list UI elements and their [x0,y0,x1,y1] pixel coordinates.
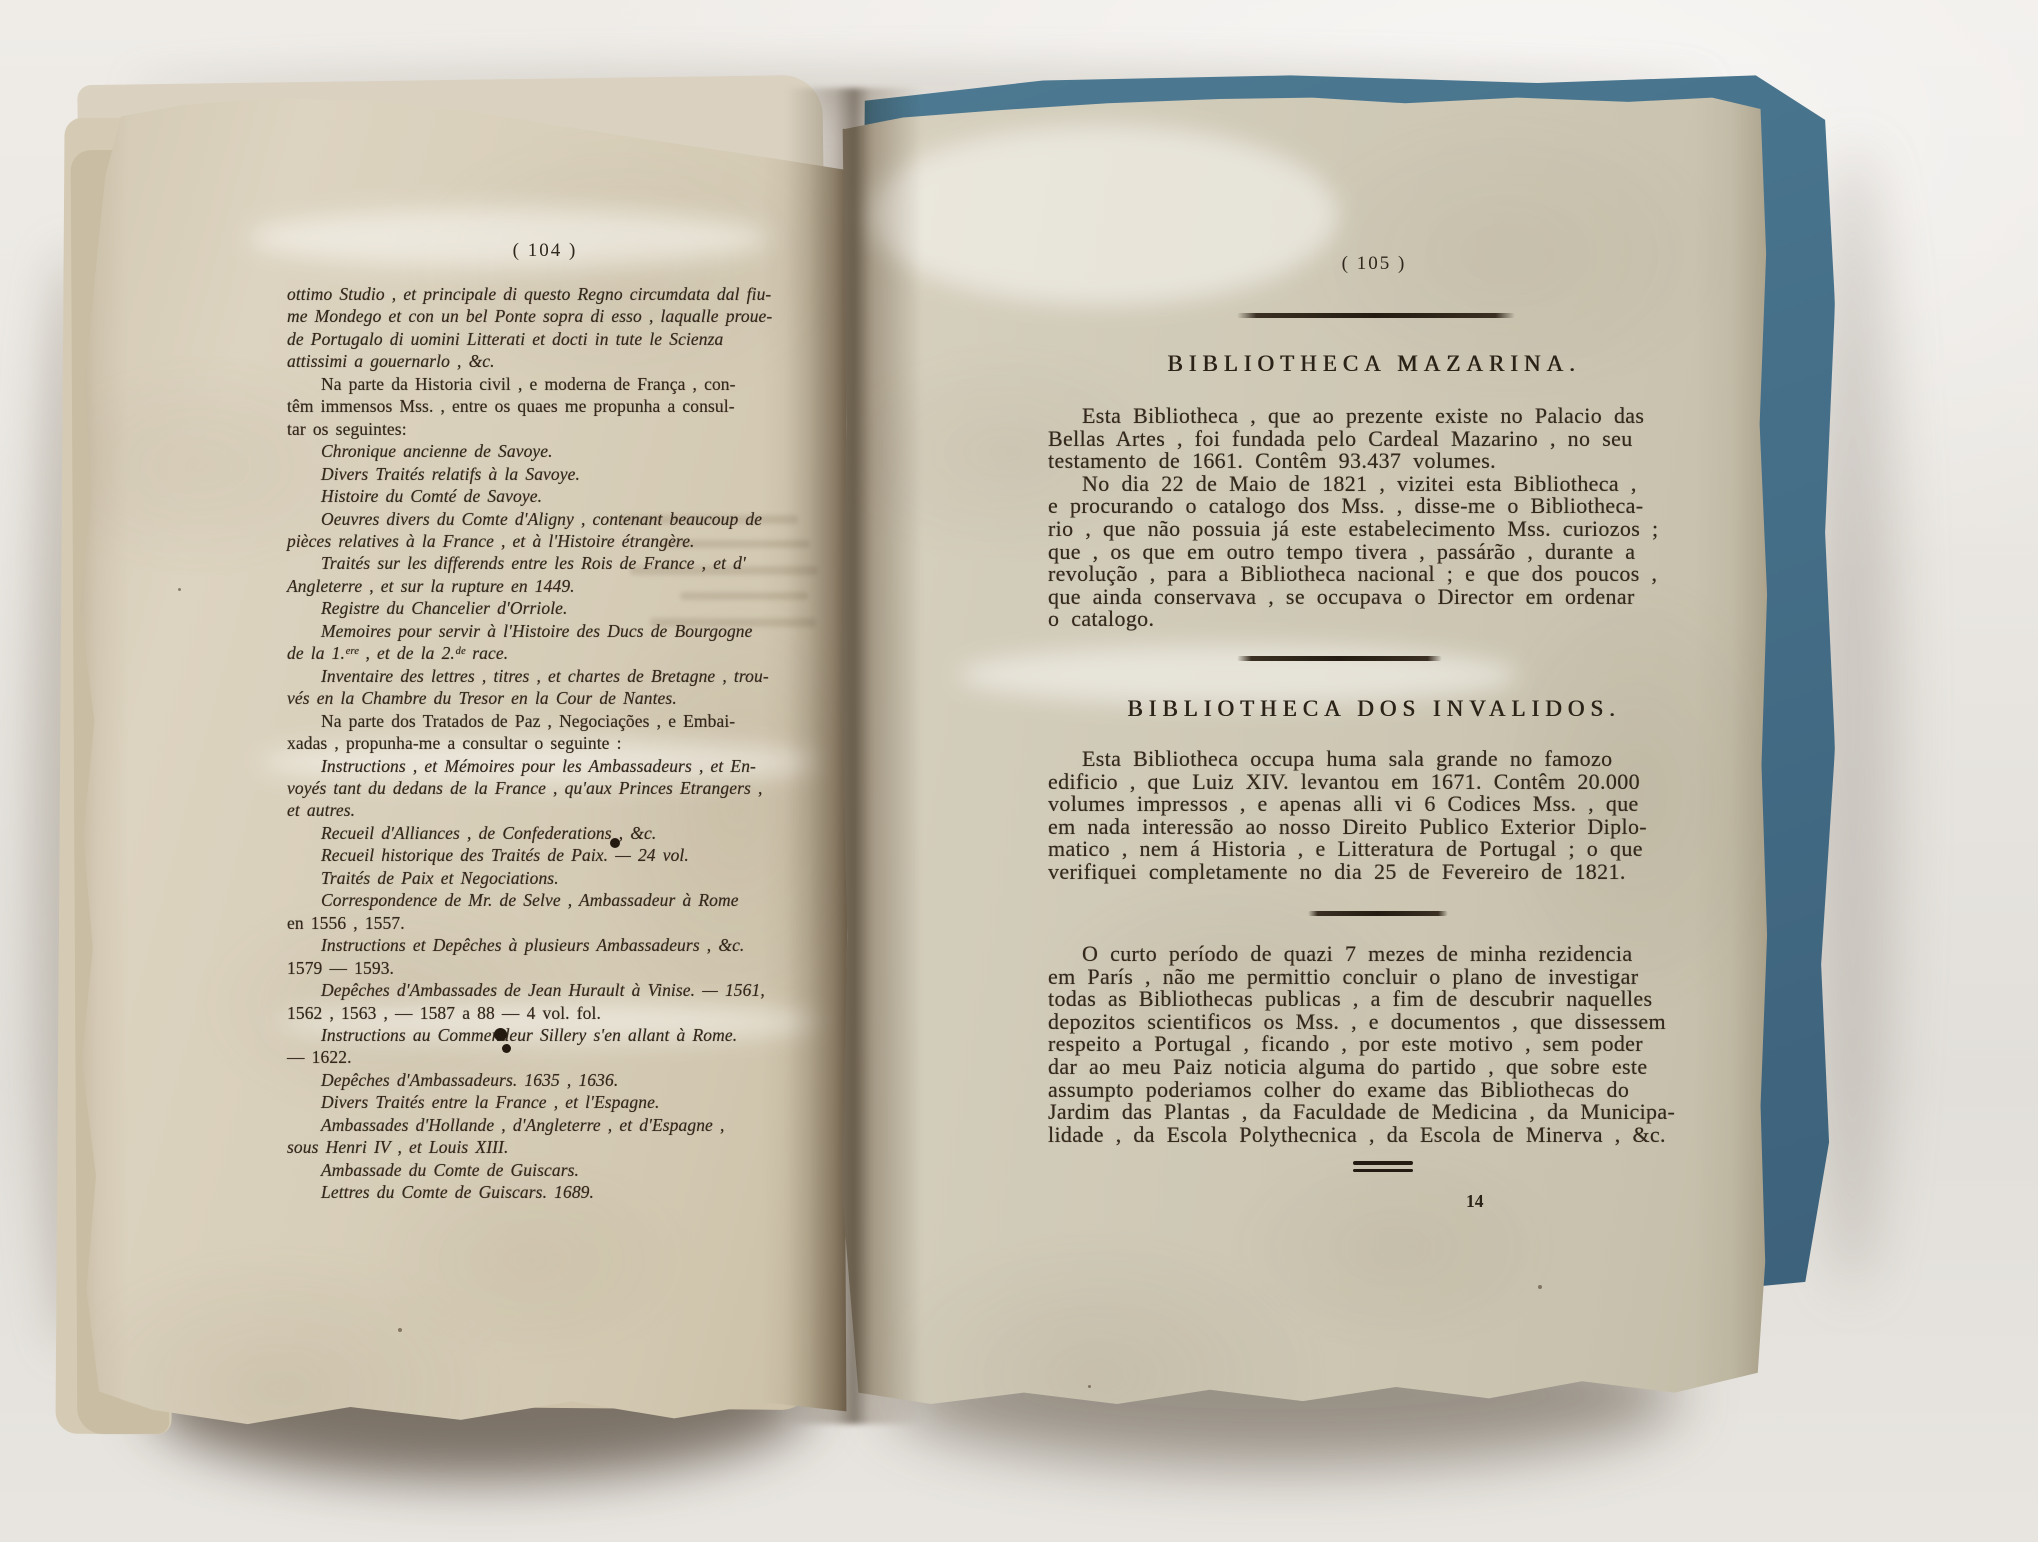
text-line: vés en la Chambre du Tresor en la Cour d… [287,687,803,709]
separator-rule [1237,313,1515,318]
text-line: voyés tant du dedans de la France , qu'a… [287,777,803,799]
book-gutter-shadow [786,88,922,1424]
text-line: Chronique ancienne de Savoye. [287,440,803,462]
text-line: edificio , que Luiz XIV. levantou em 167… [1048,771,1700,794]
left-page: ( 104 ) ottimo Studio , et principale di… [58,68,848,1488]
left-page-text: ottimo Studio , et principale di questo … [287,283,803,1204]
text-line: Lettres du Comte de Guiscars. 1689. [287,1181,803,1203]
text-line: assumpto poderiamos colher do exame das … [1048,1079,1700,1102]
text-line: Depêches d'Ambassadeurs. 1635 , 1636. [287,1069,803,1091]
text-line: et autres. [287,799,803,821]
text-line: Registre du Chancelier d'Orriole. [287,597,803,619]
ink-blot [502,1044,511,1053]
text-line: depozitos scientificos os Mss. , e docum… [1048,1011,1700,1034]
text-line: lidade , da Escola Polythecnica , da Esc… [1048,1124,1700,1147]
text-line: verifiquei completamente no dia 25 de Fe… [1048,861,1700,884]
text-line: Divers Traités entre la France , et l'Es… [287,1091,803,1113]
text-line: Inventaire des lettres , titres , et cha… [287,665,803,687]
text-line: sous Henri IV , et Louis XIII. [287,1136,803,1158]
book-photo: ( 104 ) ottimo Studio , et principale di… [0,0,2038,1542]
text-line: en 1556 , 1557. [287,912,803,934]
text-line: têm immensos Mss. , entre os quaes me pr… [287,395,803,417]
text-line: dar ao meu Paiz noticia alguma do partid… [1048,1056,1700,1079]
text-line: testamento de 1661. Contêm 93.437 volume… [1048,450,1700,473]
text-line: Traités sur les differends entre les Roi… [287,552,803,574]
text-line: pièces relatives à la France , et à l'Hi… [287,530,803,552]
separator-rule [1308,911,1448,916]
text-line: volumes impressos , e apenas alli vi 6 C… [1048,793,1700,816]
text-line: Na parte da Historia civil , e moderna d… [287,373,803,395]
double-rule-bar [1353,1169,1413,1173]
text-line: Divers Traités relatifs à la Savoye. [287,463,803,485]
text-line: 1579 — 1593. [287,957,803,979]
text-line: de la 1.ᵉʳᵉ , et de la 2.ᵈᵉ race. [287,642,803,664]
ink-blot [494,1028,507,1041]
text-line: que , os que em outro tempo tivera , pas… [1048,541,1700,564]
text-line: em nada interessão ao nosso Direito Publ… [1048,816,1700,839]
text-line: Recueil d'Alliances , de Confederations … [287,822,803,844]
text-line: Na parte dos Tratados de Paz , Negociaçõ… [287,710,803,732]
text-line: attissimi a gouernarlo , &c. [287,350,803,372]
text-line: Oeuvres divers du Comte d'Aligny , conte… [287,508,803,530]
text-line: Traités de Paix et Negociations. [287,867,803,889]
section-heading-mazarina: BIBLIOTHECA MAZARINA. [1048,351,1700,377]
text-line: e procurando o catalogo dos Mss. , disse… [1048,495,1700,518]
text-line: Recueil historique des Traités de Paix. … [287,844,803,866]
double-rule-bar [1353,1161,1413,1165]
paper-speck [398,1328,402,1332]
text-line: matico , nem á Historia , e Litteratura … [1048,838,1700,861]
paper-speck [1538,1285,1542,1289]
signature-mark: 14 [1466,1191,1484,1212]
text-line: O curto período de quazi 7 mezes de minh… [1048,943,1700,966]
text-line: Instructions , et Mémoires pour les Amba… [287,755,803,777]
paragraph-invalidos: Esta Bibliotheca occupa huma sala grande… [1048,748,1700,884]
text-line: Instructions et Depêches à plusieurs Amb… [287,934,803,956]
text-line: Bellas Artes , foi fundada pelo Cardeal … [1048,428,1700,451]
text-line: — 1622. [287,1046,803,1068]
text-line: Instructions au Commendeur Sillery s'en … [287,1024,803,1046]
page-number-104: ( 104 ) [287,240,803,262]
text-line: No dia 22 de Maio de 1821 , vizitei esta… [1048,473,1700,496]
section-heading-invalidos: BIBLIOTHECA DOS INVALIDOS. [1048,696,1700,722]
paper-speck [178,588,181,591]
text-line: Memoires pour servir à l'Histoire des Du… [287,620,803,642]
text-line: rio , que não possuia já este estabeleci… [1048,518,1700,541]
text-line: todas as Bibliothecas publicas , a fim d… [1048,988,1700,1011]
ink-blot [610,838,620,848]
light-patch [868,125,1338,305]
text-line: de Portugalo di uomini Litterati et doct… [287,328,803,350]
text-line: 1562 , 1563 , — 1587 a 88 — 4 vol. fol. [287,1002,803,1024]
text-line: tar os seguintes: [287,418,803,440]
text-line: Histoire du Comté de Savoye. [287,485,803,507]
text-line: Ambassades d'Hollande , d'Angleterre , e… [287,1114,803,1136]
paragraph-conclusion: O curto período de quazi 7 mezes de minh… [1048,943,1700,1146]
paper-speck [1088,1385,1091,1388]
text-line: Correspondence de Mr. de Selve , Ambassa… [287,889,803,911]
text-line: Depêches d'Ambassades de Jean Hurault à … [287,979,803,1001]
text-line: o catalogo. [1048,608,1700,631]
text-line: Jardim das Plantas , da Faculdade de Med… [1048,1101,1700,1124]
text-line: Esta Bibliotheca , que ao prezente exist… [1048,405,1700,428]
text-line: Ambassade du Comte de Guiscars. [287,1159,803,1181]
page-number-105: ( 105 ) [1048,253,1700,275]
right-page: ( 105 ) BIBLIOTHECA MAZARINA. Esta Bibli… [838,55,1768,1475]
text-line: Angleterre , et sur la rupture en 1449. [287,575,803,597]
text-line: que ainda conservava , se occupava o Dir… [1048,586,1700,609]
text-line: xadas , propunha-me a consultar o seguin… [287,732,803,754]
text-line: ottimo Studio , et principale di questo … [287,283,803,305]
text-line: respeito a Portugal , ficando , por este… [1048,1033,1700,1056]
text-line: revolução , para a Bibliotheca nacional … [1048,563,1700,586]
text-line: em París , não me permittio concluir o p… [1048,966,1700,989]
text-line: Esta Bibliotheca occupa huma sala grande… [1048,748,1700,771]
paragraph-mazarina: Esta Bibliotheca , que ao prezente exist… [1048,405,1700,631]
text-line: me Mondego et con un bel Ponte sopra di … [287,305,803,327]
separator-rule [1237,656,1442,661]
double-rule [1353,1161,1413,1176]
